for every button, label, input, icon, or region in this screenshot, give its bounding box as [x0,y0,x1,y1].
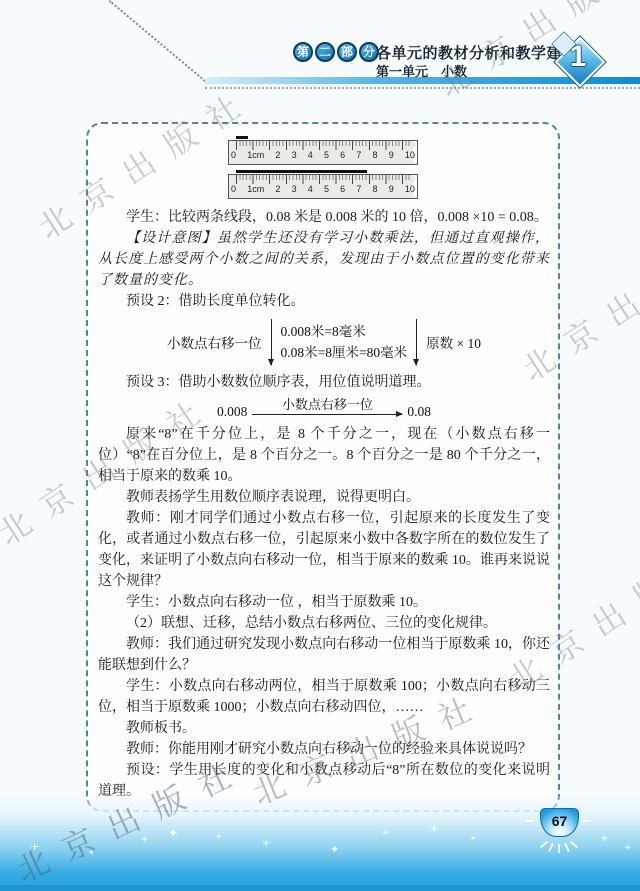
sparkle-icon: + [262,838,270,849]
ruler-number: 7 [356,150,361,160]
diagram-to-value: 0.08 [407,404,431,420]
paragraph-design-intent: 【设计意图】虽然学生还没有学习小数乘法，但通过直观操作，从长度上感受两个小数之间… [98,228,550,291]
badge-dash-right [583,820,591,822]
ruler-number: 10 [405,150,415,160]
ruler-bottom: 01cm2345678910 [228,170,418,199]
ruler-number: 3 [292,184,297,194]
decimal-shift-diagram: 0.008 小数点右移一位 0.08 [98,397,550,420]
ruler-ticks [236,175,411,184]
part-badge-char: 二 [315,42,335,62]
paragraph-teacher-explain: 教师：刚才同学们通过小数点右移一位，引起原来的长度发生了变化，或者通过小数点右移… [98,508,550,592]
header-dotted-rule [205,87,640,89]
part-badge-char: 部 [337,42,357,62]
segment-8mm [236,136,248,139]
sparkle-icon: + [624,843,632,853]
diagram-equations: 0.008米=8毫米 0.08米=8厘米=80毫米 [281,321,408,363]
ruler-numbers: 01cm2345678910 [231,184,415,194]
ruler-number: 4 [308,150,313,160]
header-diagonal-dotted-line [109,0,208,84]
sparkle-icon: ✦ [330,843,339,856]
unit-subtitle: 第一单元 小数 [376,61,467,80]
badge-ray [548,843,554,852]
right-arrow-icon [252,414,402,415]
badge-ray [540,841,548,848]
ruler-number: 7 [356,184,361,194]
unit-conversion-diagram: 小数点右移一位 0.008米=8毫米 0.08米=8厘米=80毫米 原数 × 1… [98,319,550,365]
sparkle-icon: ✦ [168,826,178,840]
ruler-number: 3 [292,150,297,160]
ruler-number: 9 [389,150,394,160]
sparkle-icon: + [140,834,148,845]
ruler-number: 5 [324,184,329,194]
paragraph-preset2: 预设 2：借助长度单位转化。 [98,291,550,312]
equation-2: 0.08米=8厘米=80毫米 [281,342,408,363]
part-badge-char: 第 [293,42,313,62]
footer-bottom-edge [0,885,640,891]
unit-number: 1 [552,40,604,74]
sparkle-icon: ✦ [88,848,95,857]
paragraph-student-rule1: 学生：小数点向右移动一位 ，相当于原数乘 10。 [98,592,550,613]
ruler-numbers: 01cm2345678910 [231,150,415,160]
sparkle-icon: ✦ [470,834,477,843]
ruler-ticks [236,141,411,150]
paragraph-teacher-ask: 教师：你能用刚才研究小数点向右移动一位的经验来具体说说吗？ [98,739,550,760]
ruler-number: 6 [340,150,345,160]
down-arrow-icon [271,319,272,365]
ruler-number: 2 [275,150,280,160]
badge-ray [564,843,570,852]
diagram-left-label: 小数点右移一位 [167,332,262,352]
ruler: 01cm2345678910 [228,174,418,199]
sparkle-icon: + [600,833,608,844]
badge-dash-left [526,820,534,822]
ruler-number: 5 [324,150,329,160]
arrow-label: 小数点右移一位 [282,397,373,412]
ruler-figure: 01cm2345678910 01cm2345678910 [228,136,418,199]
badge-ray [570,841,578,848]
ruler: 01cm2345678910 [228,140,418,165]
equation-1: 0.008米=8毫米 [281,321,408,342]
part-badge: 第二部分 [293,42,379,62]
paragraph-section2: （2）联想、迁移，总结小数点右移两位、三位的变化规律。 [98,613,550,634]
diagram-from-value: 0.008 [217,404,247,420]
page-title: 各单元的教材分析和教学建议 [376,42,578,63]
ruler-number: 8 [373,150,378,160]
sparkle-icon: + [215,832,223,842]
ruler-number: 6 [340,184,345,194]
paragraph-teacher-board: 教师板书。 [98,718,550,739]
right-arrow-with-label: 小数点右移一位 [252,397,402,420]
paragraph-place-value: 原来“8”在千分位上，是 8 个千分之一，现在（小数点右移一位）“8”在百分位上… [98,424,550,487]
sparkle-icon: + [30,840,39,853]
content-panel: 01cm2345678910 01cm2345678910 学生：比较两条线段，… [86,122,560,812]
diagram-right-label: 原数 × 10 [426,332,481,352]
paragraph-student-compare: 学生：比较两条线段，0.08 米是 0.008 米的 10 倍，0.008 ×1… [98,207,550,228]
paragraph-student-rule23: 学生：小数点向右移动两位，相当于原数乘 100；小数点向右移动三位，相当于原数乘… [98,676,550,718]
ruler-top: 01cm2345678910 [228,136,418,165]
ruler-number: 9 [389,184,394,194]
sparkle-icon: + [430,824,438,835]
sparkle-icon: + [382,828,390,838]
paragraph-teacher-extend: 教师：我们通过研究发现小数点向右移动一位相当于原数乘 10，你还能联想到什么？ [98,634,550,676]
ruler-number: 4 [308,184,313,194]
ruler-number: 1cm [247,184,264,194]
ruler-number: 8 [373,184,378,194]
badge-rays [541,838,577,852]
ruler-number: 2 [275,184,280,194]
badge-ray [558,844,560,853]
ruler-number: 0 [231,184,236,194]
paragraph-teacher-praise: 教师表扬学生用数位顺序表说理，说得更明白。 [98,487,550,508]
ruler-number: 10 [405,184,415,194]
ruler-number: 1cm [247,150,264,160]
unit-number-icon: 1 [552,34,604,86]
segment-8cm [236,170,367,173]
paragraph-preset3: 预设 3：借助小数数位顺序表，用位值说明道理。 [98,372,550,393]
ruler-number: 0 [231,150,236,160]
down-arrow-icon [416,319,417,365]
